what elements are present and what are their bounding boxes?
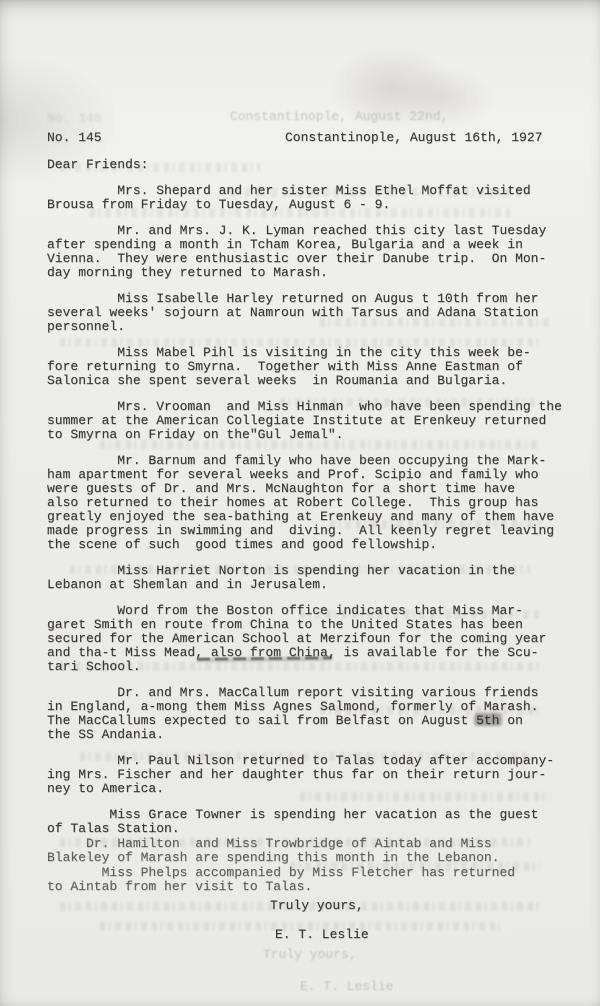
paragraph-text: Mrs. Vrooman and Miss Hinman who have be… bbox=[47, 399, 562, 442]
letter-page: No. 146 Constantinople, August 22nd, Tru… bbox=[0, 0, 600, 1006]
paragraph-pihl: Miss Mabel Pihl is visiting in the city … bbox=[47, 346, 563, 388]
ghost-text-dateline: Constantinople, August 22nd, bbox=[230, 110, 448, 124]
paragraph-nilson: Mr. Paul Nilson returned to Talas today … bbox=[47, 754, 563, 796]
letter-body: No. 145 Constantinople, August 16th, 192… bbox=[47, 131, 563, 942]
ghost-text-closing: Truly yours, bbox=[263, 948, 357, 962]
paragraph-norton: Miss Harriet Norton is spending her vaca… bbox=[47, 564, 563, 592]
overstrike-smudge-mark bbox=[474, 713, 502, 726]
paragraph-lyman: Mr. and Mrs. J. K. Lyman reached this ci… bbox=[47, 224, 563, 280]
paragraph-harley: Miss Isabelle Harley returned on Augus t… bbox=[47, 292, 563, 334]
paragraph-hamilton: Dr. Hamilton and Miss Trowbridge of Aint… bbox=[47, 837, 563, 865]
paragraph-vrooman: Mrs. Vrooman and Miss Hinman who have be… bbox=[47, 400, 563, 442]
paragraph-boston-office: Word from the Boston office indicates th… bbox=[47, 604, 563, 674]
paragraph-text: Miss Phelps accompanied by Miss Fletcher… bbox=[47, 865, 515, 894]
paragraph-phelps: Miss Phelps accompanied by Miss Fletcher… bbox=[47, 866, 563, 894]
signature: E. T. Leslie bbox=[275, 928, 563, 942]
paragraph-towner: Miss Grace Towner is spending her vacati… bbox=[47, 808, 563, 836]
paragraph-text: Dr. Hamilton and Miss Trowbridge of Aint… bbox=[47, 836, 499, 865]
paragraph-text: Miss Harriet Norton is spending her vaca… bbox=[47, 563, 515, 592]
letter-number-text: No. 145 bbox=[47, 130, 102, 145]
paragraph-maccallum: Dr. and Mrs. MacCallum report visiting v… bbox=[47, 686, 563, 742]
letter-header: No. 145 Constantinople, August 16th, 192… bbox=[47, 131, 563, 145]
paragraph-barnum: Mr. Barnum and family who have been occu… bbox=[47, 454, 563, 552]
ghost-text-signature: E. T. Leslie bbox=[300, 980, 394, 994]
paragraph-text: Miss Grace Towner is spending her vacati… bbox=[47, 807, 538, 836]
salutation: Dear Friends: bbox=[47, 158, 563, 172]
ghost-text-letter-number: No. 146 bbox=[47, 112, 102, 126]
paragraph-text: Mrs. Shepard and her sister Miss Ethel M… bbox=[47, 183, 531, 212]
paragraph-text: Mr. Barnum and family who have been occu… bbox=[47, 453, 554, 552]
paragraph-text: Mr. Paul Nilson returned to Talas today … bbox=[47, 753, 554, 796]
hand-underline-mark bbox=[197, 656, 332, 660]
paragraph-text: Miss Isabelle Harley returned on Augus t… bbox=[47, 291, 538, 334]
paragraph-text: Dr. and Mrs. MacCallum report visiting v… bbox=[47, 685, 538, 742]
paragraph-text: Mr. and Mrs. J. K. Lyman reached this ci… bbox=[47, 223, 546, 280]
closing: Truly yours, bbox=[270, 899, 563, 913]
paragraph-shepard: Mrs. Shepard and her sister Miss Ethel M… bbox=[47, 184, 563, 212]
letter-number: No. 145 bbox=[47, 130, 102, 145]
letter-dateline: Constantinople, August 16th, 1927 bbox=[285, 131, 542, 145]
paragraph-text: Miss Mabel Pihl is visiting in the city … bbox=[47, 345, 531, 388]
paragraph-text: Word from the Boston office indicates th… bbox=[47, 603, 546, 674]
